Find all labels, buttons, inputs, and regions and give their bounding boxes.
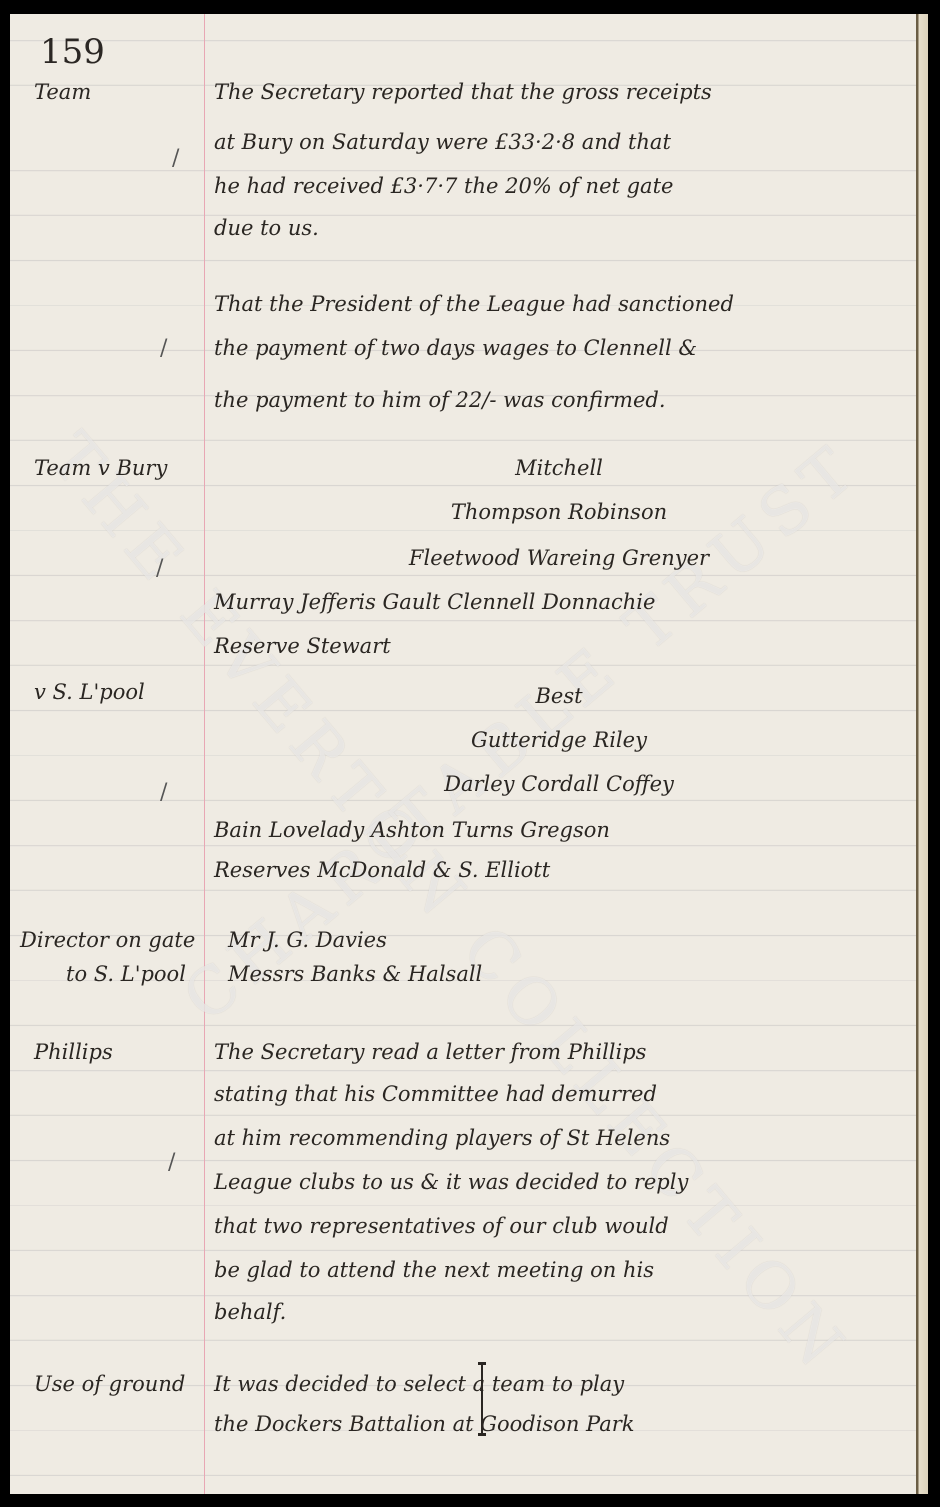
minute-line: at him recommending players of St Helens: [214, 1126, 670, 1150]
insertion-bracket: [478, 1362, 486, 1436]
minute-line: the payment of two days wages to Clennel…: [214, 336, 697, 360]
minute-line: due to us.: [214, 216, 319, 240]
minute-line: the Dockers Battalion at Goodison Park: [214, 1412, 635, 1436]
team-line: Bain Lovelady Ashton Turns Gregson: [214, 818, 610, 842]
margin-note-director-on-gate: Director on gate: [20, 928, 195, 952]
margin-note-phillips: Phillips: [34, 1040, 113, 1064]
page-number: 159: [40, 32, 105, 72]
margin-note-team-v-bury: Team v Bury: [34, 456, 167, 480]
minute-line: the payment to him of 22/- was confirmed…: [214, 388, 666, 412]
minute-line: that two representatives of our club wou…: [214, 1214, 669, 1238]
margin-rule: [204, 14, 205, 1494]
margin-note-director-on-gate-2: to S. L'pool: [66, 962, 186, 986]
minute-line: The Secretary read a letter from Phillip…: [214, 1040, 646, 1064]
minute-line: The Secretary reported that the gross re…: [214, 80, 712, 104]
team-line: Murray Jefferis Gault Clennell Donnachie: [214, 590, 655, 614]
check-tick: /: [156, 556, 163, 581]
minute-line: behalf.: [214, 1300, 286, 1324]
minute-line: be glad to attend the next meeting on hi…: [214, 1258, 654, 1282]
minute-line: at Bury on Saturday were £33·2·8 and tha…: [214, 130, 671, 154]
team-line: Gutteridge Riley: [214, 728, 904, 752]
team-line: Mitchell: [214, 456, 904, 480]
team-reserve-line: Reserve Stewart: [214, 634, 391, 658]
margin-note-v-south-liverpool: v S. L'pool: [34, 680, 145, 704]
check-tick: /: [160, 336, 167, 361]
margin-note-use-of-ground: Use of ground: [34, 1372, 185, 1396]
check-tick: /: [168, 1150, 175, 1175]
minute-line: stating that his Committee had demurred: [214, 1082, 657, 1106]
team-line: Thompson Robinson: [214, 500, 904, 524]
margin-note-team: Team: [34, 80, 91, 104]
minute-line: League clubs to us & it was decided to r…: [214, 1170, 688, 1194]
team-line: Fleetwood Wareing Grenyer: [214, 546, 904, 570]
director-line: Mr J. G. Davies: [228, 928, 387, 952]
team-line: Darley Cordall Coffey: [214, 772, 904, 796]
team-reserve-line: Reserves McDonald & S. Elliott: [214, 858, 550, 882]
check-tick: /: [172, 146, 179, 171]
minute-line: he had received £3·7·7 the 20% of net ga…: [214, 174, 673, 198]
page-edge: [916, 14, 928, 1494]
check-tick: /: [160, 780, 167, 805]
minute-line: That the President of the League had san…: [214, 292, 734, 316]
minute-line: It was decided to select a team to play: [214, 1372, 624, 1396]
team-line: Best: [214, 684, 904, 708]
director-line: Messrs Banks & Halsall: [228, 962, 482, 986]
